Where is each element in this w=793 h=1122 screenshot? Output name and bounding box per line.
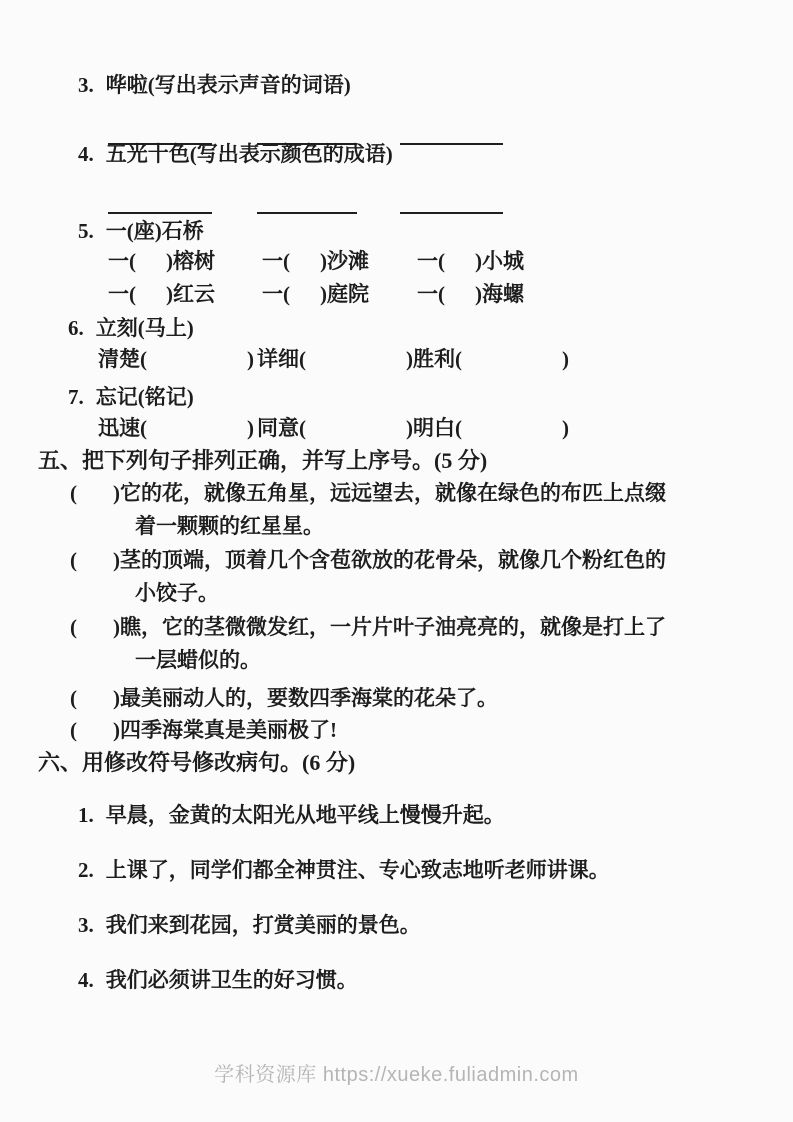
question-text: 一(座)石桥: [106, 219, 204, 243]
paren-open: (: [70, 615, 77, 639]
question-text: 五光十色(写出表示颜色的成语): [106, 142, 393, 166]
answer-blank: [257, 200, 357, 214]
sentence-text: 最美丽动人的，要数四季海棠的花朵了。: [120, 686, 498, 710]
fill-blank-item: 明白(): [413, 416, 569, 440]
paren-close: ): [113, 481, 120, 505]
fill-blank-item: 迅速(): [98, 416, 257, 440]
question-5-row-2: 一()红云 一()庭院 一()海螺: [108, 282, 524, 306]
answer-blanks-q4: [108, 190, 503, 214]
sentence-text: 四季海棠真是美丽极了!: [120, 718, 337, 742]
sentence-text: 我们必须讲卫生的好习惯。: [106, 968, 358, 992]
fill-blank-item: 一()红云: [108, 282, 262, 306]
ordering-item-5: ()四季海棠真是美丽极了!: [70, 714, 337, 747]
fill-blank-item: 一()小城: [417, 249, 524, 273]
question-number: 7.: [68, 385, 84, 409]
question-7-row: 迅速() 同意() 明白(): [98, 416, 569, 440]
fill-blank-item: 一()沙滩: [262, 249, 417, 273]
sentence-text: 它的花，就像五角星，远远望去，就像在绿色的布匹上点缀: [120, 481, 666, 505]
sentence-text: 我们来到花园，打赏美丽的景色。: [106, 913, 421, 937]
fill-blank-item: 清楚(): [98, 347, 257, 371]
question-number: 3.: [78, 73, 94, 97]
sentence-text: 瞧，它的茎微微发红，一片片叶子油亮亮的，就像是打上了: [120, 615, 666, 639]
question-6: 6. 立刻(马上): [68, 316, 194, 340]
question-3: 3. 哗啦(写出表示声音的词语): [78, 73, 351, 97]
question-text: 哗啦(写出表示声音的词语): [106, 73, 351, 97]
sentence-text-cont: 一层蜡似的。: [135, 644, 666, 677]
correction-sentence-1: 1. 早晨，金黄的太阳光从地平线上慢慢升起。: [78, 803, 505, 827]
question-5: 5. 一(座)石桥: [78, 219, 204, 243]
paren-close: ): [113, 686, 120, 710]
question-text: 忘记(铭记): [96, 385, 194, 409]
sentence-number: 2.: [78, 858, 94, 882]
fill-blank-item: 详细(): [257, 347, 413, 371]
sentence-text: 早晨，金黄的太阳光从地平线上慢慢升起。: [106, 803, 505, 827]
fill-blank-item: 胜利(): [413, 347, 569, 371]
question-7: 7. 忘记(铭记): [68, 385, 194, 409]
question-5-row-1: 一()榕树 一()沙滩 一()小城: [108, 249, 524, 273]
correction-sentence-3: 3. 我们来到花园，打赏美丽的景色。: [78, 913, 421, 937]
fill-blank-item: 一()榕树: [108, 249, 262, 273]
sentence-number: 3.: [78, 913, 94, 937]
sentence-text-cont: 着一颗颗的红星星。: [135, 510, 666, 543]
sentence-number: 4.: [78, 968, 94, 992]
question-number: 5.: [78, 219, 94, 243]
paren-close: ): [113, 615, 120, 639]
worksheet-page: 3. 哗啦(写出表示声音的词语) 4. 五光十色(写出表示颜色的成语) 5. 一…: [0, 0, 793, 1122]
paren-close: ): [113, 718, 120, 742]
question-6-row: 清楚() 详细() 胜利(): [98, 347, 569, 371]
paren-open: (: [70, 718, 77, 742]
fill-blank-item: 一()海螺: [417, 282, 524, 306]
section-6-heading: 六、用修改符号修改病句。(6 分): [38, 750, 355, 775]
question-number: 6.: [68, 316, 84, 340]
paren-close: ): [113, 548, 120, 572]
ordering-item-2: ()茎的顶端，顶着几个含苞欲放的花骨朵，就像几个粉红色的 小饺子。: [70, 544, 666, 610]
paren-open: (: [70, 481, 77, 505]
ordering-item-1: ()它的花，就像五角星，远远望去，就像在绿色的布匹上点缀 着一颗颗的红星星。: [70, 477, 666, 543]
question-number: 4.: [78, 142, 94, 166]
sentence-text: 茎的顶端，顶着几个含苞欲放的花骨朵，就像几个粉红色的: [120, 548, 666, 572]
ordering-item-4: ()最美丽动人的，要数四季海棠的花朵了。: [70, 682, 498, 715]
paren-open: (: [70, 686, 77, 710]
correction-sentence-2: 2. 上课了，同学们都全神贯注、专心致志地听老师讲课。: [78, 858, 610, 882]
paren-open: (: [70, 548, 77, 572]
section-5-heading: 五、把下列句子排列正确，并写上序号。(5 分): [38, 448, 487, 473]
fill-blank-item: 一()庭院: [262, 282, 417, 306]
sentence-number: 1.: [78, 803, 94, 827]
answer-blank: [400, 200, 503, 214]
question-text: 立刻(马上): [96, 316, 194, 340]
watermark-footer: 学科资源库 https://xueke.fuliadmin.com: [0, 1064, 793, 1087]
answer-blank: [108, 200, 212, 214]
ordering-item-3: ()瞧，它的茎微微发红，一片片叶子油亮亮的，就像是打上了 一层蜡似的。: [70, 611, 666, 677]
fill-blank-item: 同意(): [257, 416, 413, 440]
answer-blank: [400, 131, 503, 145]
sentence-text: 上课了，同学们都全神贯注、专心致志地听老师讲课。: [106, 858, 610, 882]
sentence-text-cont: 小饺子。: [135, 577, 666, 610]
correction-sentence-4: 4. 我们必须讲卫生的好习惯。: [78, 968, 358, 992]
question-4: 4. 五光十色(写出表示颜色的成语): [78, 142, 393, 166]
